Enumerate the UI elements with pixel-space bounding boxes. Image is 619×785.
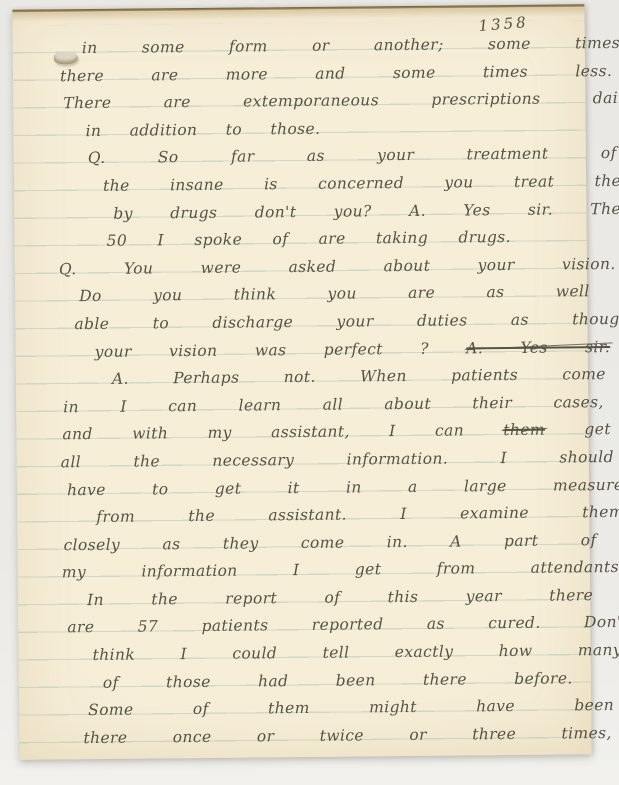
line-text: Q. You were asked about your vision. bbox=[59, 255, 616, 278]
text-line: there once or twice or three times, bbox=[19, 720, 591, 753]
line-text: In the report of this year there bbox=[87, 586, 593, 609]
line-text: Q. So far as your treatment of bbox=[88, 144, 617, 167]
line-text: and with my assistant, I can bbox=[62, 422, 464, 444]
line-text: all the necessary information. I should bbox=[61, 448, 614, 471]
document-scan: 1358 in some form or another; some times… bbox=[0, 0, 619, 785]
line-text: Some of them might have been bbox=[88, 696, 614, 719]
manuscript-page: 1358 in some form or another; some times… bbox=[12, 4, 591, 759]
handwriting-block: in some form or another; some times ther… bbox=[13, 30, 592, 753]
line-text: A. Perhaps not. When patients come bbox=[112, 365, 606, 388]
line-text: have to get it in a large measure bbox=[67, 475, 619, 498]
line-text: Do you think you are as well bbox=[79, 283, 590, 306]
text-line: There are extemporaneous prescriptions d… bbox=[13, 85, 585, 118]
line-text: get bbox=[584, 420, 611, 438]
line-text: think I could tell exactly how many bbox=[93, 641, 619, 664]
line-text: there are more and some times less. bbox=[60, 62, 612, 85]
line-text: in addition to those. bbox=[85, 120, 320, 140]
line-text: able to discharge your duties as though bbox=[74, 310, 619, 333]
line-text: are 57 patients reported as cured. Don't bbox=[67, 613, 619, 636]
line-text: the insane is concerned you treat them bbox=[103, 172, 619, 195]
line-text: there once or twice or three times, bbox=[83, 724, 612, 747]
struck-text: A. Yes sir. bbox=[466, 338, 610, 357]
line-text: from the assistant. I examine them bbox=[96, 503, 619, 526]
line-text: by drugs don't you? A. Yes sir. The bbox=[113, 199, 619, 222]
line-text: your vision was perfect ? bbox=[95, 339, 429, 360]
line-text: in I can learn all about their cases, bbox=[63, 393, 604, 416]
struck-text: them bbox=[503, 421, 545, 439]
line-text: closely as they come in. A part of bbox=[63, 531, 596, 554]
line-text: my information I get from attendants. bbox=[62, 558, 619, 581]
line-text: 50 I spoke of are taking drugs. bbox=[107, 228, 511, 250]
line-text: There are extemporaneous prescriptions d… bbox=[63, 89, 619, 112]
line-text: of those had been there before. bbox=[103, 669, 573, 692]
line-text: in some form or another; some times bbox=[82, 34, 619, 57]
